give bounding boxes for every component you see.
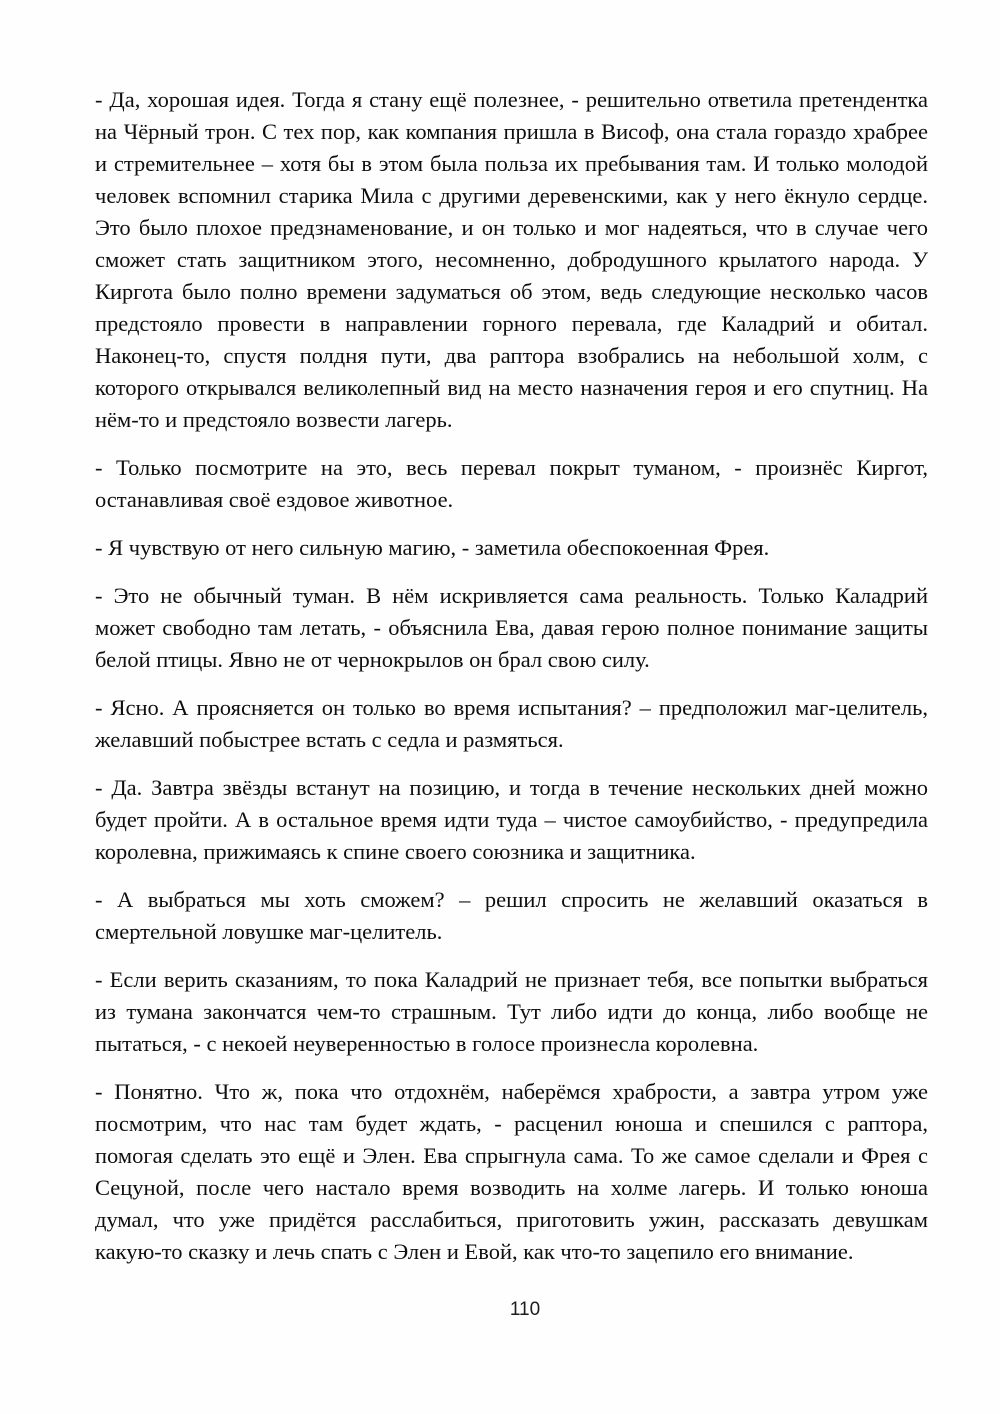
paragraph: - Если верить сказаниям, то пока Каладри… <box>95 964 928 1060</box>
paragraph: - А выбраться мы хоть сможем? – решил сп… <box>95 884 928 948</box>
paragraph: - Да. Завтра звёзды встанут на позицию, … <box>95 772 928 868</box>
page-text: - Да, хорошая идея. Тогда я стану ещё по… <box>95 84 928 1268</box>
paragraph: - Да, хорошая идея. Тогда я стану ещё по… <box>95 84 928 436</box>
paragraph: - Это не обычный туман. В нём искривляет… <box>95 580 928 676</box>
book-page: - Да, хорошая идея. Тогда я стану ещё по… <box>0 0 1000 1414</box>
paragraph: - Я чувствую от него сильную магию, - за… <box>95 532 928 564</box>
paragraph: - Только посмотрите на это, весь перевал… <box>95 452 928 516</box>
page-number: 110 <box>95 1299 955 1321</box>
paragraph: - Ясно. А проясняется он только во время… <box>95 692 928 756</box>
paragraph: - Понятно. Что ж, пока что отдохнём, наб… <box>95 1076 928 1268</box>
